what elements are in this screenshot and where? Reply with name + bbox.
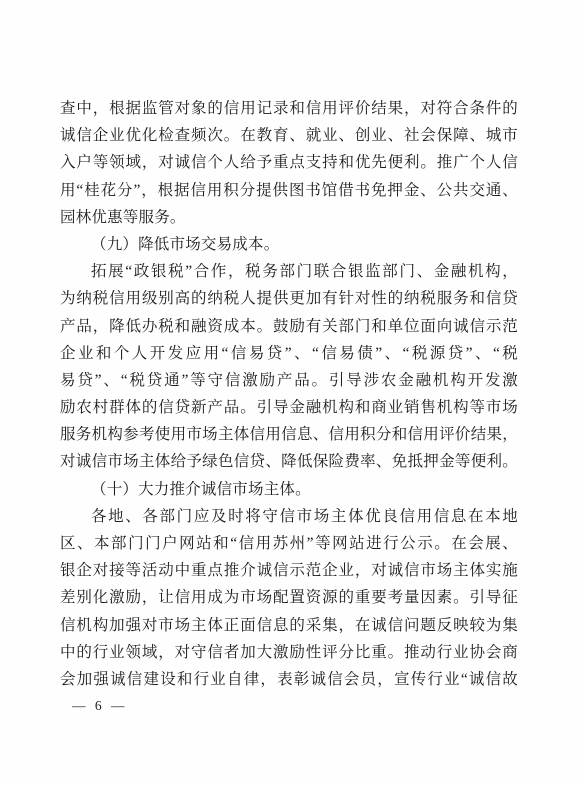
text-line: 会加强诚信建设和行业自律，表彰诚信会员，宣传行业“诚信故 bbox=[60, 666, 518, 693]
text-line: 拓展“政银税”合作，税务部门联合银监部门、金融机构， bbox=[60, 258, 518, 285]
text-line: 中的行业领域，对守信者加大激励性评分比重。推动行业协会商 bbox=[60, 639, 518, 666]
text-line: 企业和个人开发应用“信易贷”、“信易债”、“税源贷”、“税 bbox=[60, 340, 518, 367]
text-line: 查中，根据监管对象的信用记录和信用评价结果，对符合条件的 bbox=[60, 95, 518, 122]
text-line: （九）降低市场交易成本。 bbox=[60, 231, 518, 258]
page-number: — 6 — bbox=[72, 697, 128, 715]
document-page: 查中，根据监管对象的信用记录和信用评价结果，对符合条件的诚信企业优化检查频次。在… bbox=[0, 0, 578, 785]
text-line: 励农村群体的信贷新产品。引导金融机构和商业销售机构等市场 bbox=[60, 394, 518, 421]
text-line: 诚信企业优化检查频次。在教育、就业、创业、社会保障、城市 bbox=[60, 122, 518, 149]
text-line: 服务机构参考使用市场主体信用信息、信用积分和信用评价结果， bbox=[60, 421, 518, 448]
text-line: 信机构加强对市场主体正面信息的采集，在诚信问题反映较为集 bbox=[60, 612, 518, 639]
text-line: 为纳税信用级别高的纳税人提供更加有针对性的纳税服务和信贷 bbox=[60, 285, 518, 312]
document-body: 查中，根据监管对象的信用记录和信用评价结果，对符合条件的诚信企业优化检查频次。在… bbox=[60, 95, 518, 693]
text-line: 易贷”、“税贷通”等守信激励产品。引导涉农金融机构开发激 bbox=[60, 367, 518, 394]
text-line: 银企对接等活动中重点推介诚信示范企业，对诚信市场主体实施 bbox=[60, 557, 518, 584]
text-line: 用“桂花分”，根据信用积分提供图书馆借书免押金、公共交通、 bbox=[60, 177, 518, 204]
text-line: 对诚信市场主体给予绿色信贷、降低保险费率、免抵押金等便利。 bbox=[60, 448, 518, 475]
text-line: 园林优惠等服务。 bbox=[60, 204, 518, 231]
text-line: 差别化激励，让信用成为市场配置资源的重要考量因素。引导征 bbox=[60, 584, 518, 611]
text-line: 入户等领域，对诚信个人给予重点支持和优先便利。推广个人信 bbox=[60, 149, 518, 176]
text-line: 各地、各部门应及时将守信市场主体优良信用信息在本地 bbox=[60, 503, 518, 530]
text-line: 区、本部门门户网站和“信用苏州”等网站进行公示。在会展、 bbox=[60, 530, 518, 557]
text-line: （十）大力推介诚信市场主体。 bbox=[60, 476, 518, 503]
text-line: 产品，降低办税和融资成本。鼓励有关部门和单位面向诚信示范 bbox=[60, 313, 518, 340]
